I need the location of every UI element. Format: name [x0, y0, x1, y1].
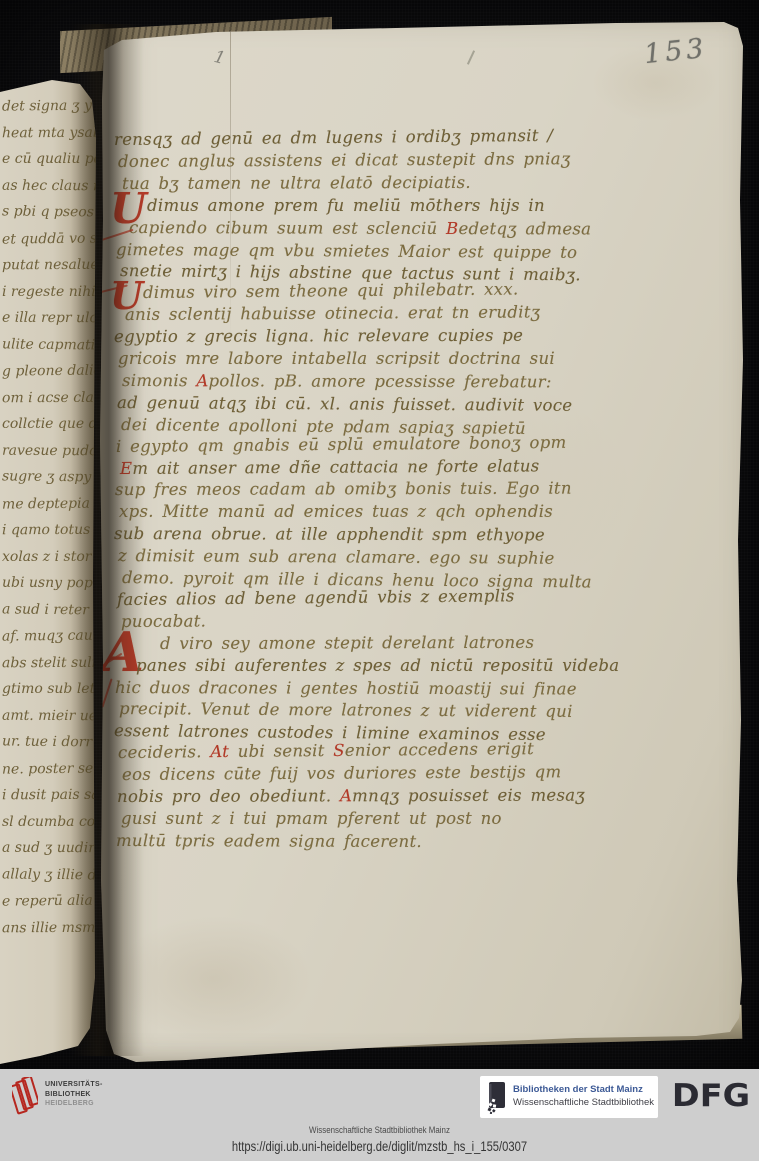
manuscript-line: sub arena obrue. at ille apphendit spm e… [114, 524, 545, 544]
manuscript-line: gusi sunt z i tui pmam pferent ut post n… [121, 809, 502, 828]
manuscript-line: panes sibi auferentes z spes ad nictū re… [136, 656, 619, 675]
previous-page-line-fragment: as hec claus repr [2, 177, 96, 194]
manuscript-line: cecideris. At ubi sensit Senior accedens… [118, 739, 534, 762]
manuscript-line: capiendo cibum suum est sclenciū Bedetqʒ… [129, 218, 591, 238]
previous-page-line-fragment: e illa repr ulcdie s [2, 310, 96, 327]
rubricated-letter: At [210, 742, 229, 761]
manuscript-photo: det signa ʒ y dig qheat mta ysalute cū q… [0, 0, 759, 1069]
previous-page-line-fragment: a sud ʒ uudir q ss [2, 840, 96, 857]
previous-page-line-fragment: ans illie msmagʒ [2, 919, 96, 936]
previous-page-line-fragment: sl dcumba comssio [2, 814, 96, 830]
manuscript-text-block: rensqʒ ad genū ea dm lugens i ordibʒ pma… [116, 130, 676, 870]
previous-page-line-fragment: ne. poster sepul [2, 760, 96, 777]
rubricated-letter: S [333, 741, 345, 760]
manuscript-line: precipit. Venut de more latrones z ut vi… [119, 699, 573, 721]
manuscript-line: gimetes mage qm vbu smietes Maior est qu… [116, 240, 577, 262]
previous-page-line-fragment: ur. tue i dorr hmo [2, 733, 96, 750]
manuscript-line: Em ait anser ame dñe cattacia ne forte e… [120, 456, 540, 478]
manuscript-line: anis sclentij habuisse otinecia. erat tn… [125, 303, 541, 325]
manuscript-line: multū tpris eadem signa facerent. [116, 831, 422, 851]
heidelberg-university-library-logo: UNIVERSITÄTS- BIBLIOTHEK HEIDELBERG [12, 1077, 103, 1115]
previous-page-line-fragment: g pleone dalid dut [2, 362, 96, 379]
manuscript-line: eos dicens cūte fuij vos duriores este b… [122, 762, 562, 784]
manuscript-recto-page: 1 153 rensqʒ ad genū ea dm lugens i ordi… [96, 20, 746, 1062]
manuscript-line: gricois mre labore intabella scripsit do… [118, 349, 555, 368]
rubricated-letter: vo [69, 230, 86, 246]
manuscript-line: nobis pro deo obediunt. Amnqʒ posuisset … [117, 786, 585, 806]
manuscript-line: dimus amone prem fu meliū mōthers hijs i… [147, 196, 545, 215]
previous-page-line-fragment: om i acse claubʒ [2, 389, 96, 406]
manuscript-line: facies alios ad bene agendū vbis z exemp… [117, 586, 515, 609]
dfg-logo: DFG [660, 1078, 759, 1114]
previous-page-line-fragment: heat mta ysalut [2, 124, 96, 141]
previous-page-line-fragment: ubi usny popstite [2, 575, 96, 592]
manuscript-line: i egypto qm gnabis eū splū emulatore bon… [116, 432, 567, 455]
manuscript-line: tua bʒ tamen ne ultra elatō decipiatis. [122, 173, 471, 193]
mainz-logo-line2: Wissenschaftliche Stadtbibliothek [513, 1096, 654, 1109]
previous-page-line-fragment: me deptepia eri [2, 495, 96, 512]
previous-page-line-fragment: i dusit pais sapnd [2, 787, 96, 804]
library-caption: Wissenschaftliche Stadtbibliothek Mainz [46, 1125, 714, 1135]
previous-page-line-fragment: amt. mieir uessa [2, 707, 96, 724]
previous-page-line-fragment: sugre ʒ aspy an so [2, 468, 96, 485]
mainz-logo-line1: Bibliotheken der Stadt Mainz [513, 1083, 654, 1096]
folio-number: 153 [643, 33, 709, 70]
manuscript-line: egyptio z grecis ligna. hic relevare cup… [114, 326, 523, 346]
previous-page-line-fragment: det signa ʒ y dig q [2, 97, 96, 114]
previous-page-line-fragment: allaly ʒ illie dee [2, 866, 96, 883]
previous-page-line-fragment: collctie que dunste [2, 416, 96, 432]
manuscript-line: ad genuū atqʒ ibi cū. xl. anis fuisset. … [117, 393, 573, 415]
manuscript-line: xps. Mitte manū ad emices tuas z qch oph… [119, 502, 553, 521]
mainz-library-logo: Bibliotheken der Stadt Mainz Wissenschaf… [480, 1076, 658, 1118]
manuscript-line: rensqʒ ad genū ea dm lugens i ordibʒ pma… [114, 126, 553, 149]
previous-page-line-fragment: af. muqʒ caudnie [2, 627, 96, 644]
digitized-manuscript-page: det signa ʒ y dig qheat mta ysalute cū q… [0, 0, 759, 1161]
rubricated-letter: E [120, 458, 132, 477]
previous-page-line-fragment: a sud i reter ussle [2, 601, 96, 618]
rubricated-letter: A [196, 371, 208, 390]
pencil-mark: 1 [212, 47, 227, 69]
rubricated-letter: B [446, 219, 458, 238]
heidelberg-logo-line3: HEIDELBERG [45, 1099, 103, 1109]
manuscript-line: sup fres meos cadam ab omibʒ bonis tuis.… [115, 479, 572, 499]
manuscript-line: simonis Apollos. pB. amore pcessisse fer… [122, 371, 552, 391]
source-url: https://digi.ub.uni-heidelberg.de/diglit… [76, 1138, 683, 1154]
previous-page-line-fragment: s pbi q pseos mor [2, 203, 96, 220]
manuscript-line: d viro sey amone stepit derelant latrone… [160, 633, 534, 653]
paper-speck [467, 50, 475, 64]
previous-page-line-fragment: abs stelit sulis ʒ [2, 654, 96, 671]
previous-page-line-fragment: i regeste nihil. du [2, 284, 96, 300]
heidelberg-logo-line1: UNIVERSITÄTS- [45, 1080, 103, 1090]
footer-bar: UNIVERSITÄTS- BIBLIOTHEK HEIDELBERG [0, 1069, 759, 1161]
previous-page-line-fragment: xolas z i stor sid [2, 549, 96, 565]
previous-page-strip: det signa ʒ y dig qheat mta ysalute cū q… [0, 78, 96, 1064]
manuscript-line: dimus viro sem theone qui philebatr. xxx… [143, 280, 519, 303]
previous-page-line-fragment: putat nesalue sud [2, 257, 96, 274]
previous-page-line-fragment: ravesue pudoe ū [2, 442, 96, 459]
previous-page-line-fragment: gtimo sub letine [2, 681, 96, 697]
rubricated-letter: A [340, 786, 352, 805]
manuscript-line: hic duos dracones i gentes hostiū moasti… [115, 678, 577, 698]
previous-page-line-fragment: i qamo totus onu [2, 522, 96, 539]
mainz-book-icon [485, 1081, 510, 1114]
previous-page-line-fragment: et quddā vo se [2, 230, 96, 247]
manuscript-line: donec anglus assistens ei dicat sustepit… [118, 149, 571, 171]
previous-page-line-fragment: e cū qualiu pdu [2, 151, 96, 167]
previous-page-line-fragment: ulite capmati q v [2, 336, 96, 353]
heidelberg-logo-line2: BIBLIOTHEK [45, 1090, 103, 1100]
previous-page-line-fragment: e reperū alia ner [2, 892, 96, 909]
manuscript-line: z dimisit eum sub arena clamare. ego su … [118, 546, 555, 568]
heidelberg-books-icon [12, 1077, 38, 1115]
